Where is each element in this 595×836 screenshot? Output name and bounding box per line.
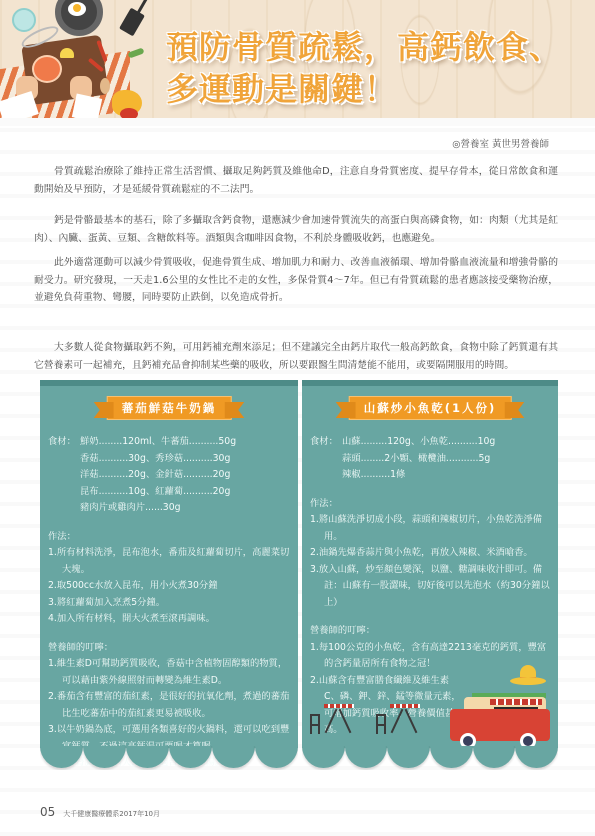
page-footer: 05 大千健康醫療體系2017年10月	[40, 805, 160, 819]
method-step: 4.加入所有材料，開大火煮至滾再調味。	[48, 611, 292, 628]
header-banner: 預防骨質疏鬆，高鈣飲食、 多運動是關鍵！	[0, 0, 595, 120]
egg-yolk-illustration	[73, 4, 81, 12]
ingredient-row: 食材： 鮮奶........120ml、牛蕃茄..........50g	[48, 434, 292, 451]
title-line-1: 預防骨質疏鬆，高鈣飲食、	[166, 26, 562, 68]
dietitian-tip: 2.番茄含有豐富的茄紅素，是很好的抗氧化劑，煮過的蕃茄比生吃蕃茄中的茄紅素更易被…	[48, 689, 292, 722]
ingredient-item: 鮮奶........120ml、牛蕃茄..........50g	[80, 434, 236, 451]
page-title: 預防骨質疏鬆，高鈣飲食、 多運動是關鍵！	[166, 26, 562, 110]
egg-bowl-illustration	[12, 8, 36, 32]
ingredients-label: 食材：	[310, 434, 342, 451]
ingredient-row: 蒜頭........2小顆、橄欖油...........5g	[310, 451, 552, 468]
table-chair-illustration	[310, 704, 354, 736]
ingredient-row: 昆布..........10g、紅蘿蔔..........20g	[48, 484, 292, 501]
header-divider	[0, 118, 595, 126]
body-paragraph: 骨質疏鬆治療除了維持正常生活習慣、攝取足夠鈣質及維他命D，注意自身骨質密度、提早…	[34, 163, 558, 198]
ingredient-item: 豬肉片或雞肉片......30g	[80, 500, 181, 517]
dietitian-tip: 1.維生素D可幫助鈣質吸收，香菇中含植物固醇類的物質，可以藉由紫外線照射而轉變為…	[48, 656, 292, 689]
method-step: 2.取500cc水放入昆布，用小火煮30分鐘	[48, 578, 292, 595]
author-credit: ◎營養室 黃世男營養師	[452, 136, 549, 150]
ingredient-item: 山蘇.........120g、小魚乾..........10g	[342, 434, 495, 451]
ingredient-row: 香菇..........30g、秀珍菇..........30g	[48, 451, 292, 468]
body-paragraph: 此外適當運動可以減少骨質吸收，促進骨質生成、增加肌力和耐力、改善血液循環、增加骨…	[34, 254, 558, 307]
recipe-content: 食材： 鮮奶........120ml、牛蕃茄..........50g 香菇.…	[48, 434, 292, 772]
food-truck-illustration	[450, 691, 550, 749]
publication-issue: 大千健康醫療體系2017年10月	[63, 809, 160, 819]
ingredient-item: 蒜頭........2小顆、橄欖油...........5g	[342, 451, 490, 468]
sleeve-illustration	[72, 94, 102, 120]
scalloped-edge	[40, 746, 298, 770]
recipe-card-tomato-mushroom-milk-pot: 蕃茄鮮菇牛奶鍋 食材： 鮮奶........120ml、牛蕃茄.........…	[40, 380, 298, 748]
method-label: 作法：	[310, 496, 552, 513]
ingredient-item: 辣椒..........1條	[342, 467, 405, 484]
lemon-illustration	[60, 48, 74, 58]
sombrero-brim-icon	[510, 677, 546, 685]
page-number: 05	[40, 805, 55, 819]
ingredients-label: 食材：	[48, 434, 80, 451]
ingredient-row: 豬肉片或雞肉片......30g	[48, 500, 292, 517]
body-paragraph: 大多數人從食物攝取鈣不夠，可用鈣補充劑來添足；但不建議完全由鈣片取代一般高鈣飲食…	[34, 339, 558, 374]
dietitian-tip: 1.每100公克的小魚乾，含有高達2213毫克的鈣質，豐富的含鈣量居所有食物之冠…	[310, 640, 552, 673]
recipe-title-ribbon: 蕃茄鮮菇牛奶鍋	[107, 396, 232, 420]
table-chair-illustration	[376, 704, 420, 736]
tips-label: 營養師的叮嚀：	[48, 640, 292, 657]
ingredient-row: 食材： 山蘇.........120g、小魚乾..........10g	[310, 434, 552, 451]
wooden-spoon-illustration	[100, 78, 110, 94]
method-step: 3.將紅蘿蔔加入烹煮5分鐘。	[48, 595, 292, 612]
title-line-2: 多運動是關鍵！	[166, 68, 562, 110]
ingredient-item: 香菇..........30g、秀珍菇..........30g	[80, 451, 230, 468]
ingredient-row: 辣椒..........1條	[310, 467, 552, 484]
ingredient-item: 昆布..........10g、紅蘿蔔..........20g	[80, 484, 230, 501]
method-step: 3.放入山蘇，炒至顏色變深，以鹽、糖調味收汁即可。備註：山蘇有一股澀味，切好後可…	[310, 562, 552, 612]
ingredient-row: 洋菇..........20g、金針菇..........20g	[48, 467, 292, 484]
method-label: 作法：	[48, 529, 292, 546]
recipe-card-bird-nest-fern-dried-fish: 山蘇炒小魚乾(1人份) 食材： 山蘇.........120g、小魚乾.....…	[302, 380, 558, 748]
body-paragraph: 鈣是骨骼最基本的基石，除了多攝取含鈣食物，還應減少會加速骨質流失的高蛋白與高磷食…	[34, 212, 558, 247]
method-step: 1.所有材料洗淨，昆布泡水，番茄及紅蘿蔔切片，高麗菜切大塊。	[48, 545, 292, 578]
scalloped-edge	[302, 746, 558, 770]
method-step: 2.油鍋先爆香蒜片與小魚乾，再放入辣椒、米酒嗆香。	[310, 545, 552, 562]
ingredient-item: 洋菇..........20g、金針菇..........20g	[80, 467, 230, 484]
method-step: 1.將山蘇洗淨切成小段，蒜頭和辣椒切片，小魚乾洗淨備用。	[310, 512, 552, 545]
recipe-title-ribbon: 山蘇炒小魚乾(1人份)	[349, 396, 512, 420]
tips-label: 營養師的叮嚀：	[310, 623, 552, 640]
